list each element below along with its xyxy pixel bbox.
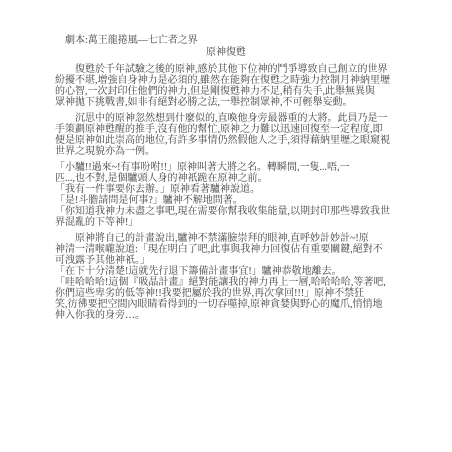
text-line: 眾神拋下挑戰書,如非有絕對必勝之法,一舉控制眾神,不可輕舉妄動。	[55, 97, 397, 108]
text-line: 伸入你我的身旁…。	[55, 310, 397, 321]
text-line: 的心智,一次封印住他們的神力,但是剛復甦神力不足,稍有失手,此舉無異與	[55, 86, 397, 97]
text-line: 原神將自己的計畫說出,驢神不禁滿臉崇拜的眼神,直呼妙計妙計~!原	[55, 233, 397, 244]
text-line: 「我有一件事要你去辦。」原神看著驢神說道。	[55, 184, 397, 195]
text-line: 世界之現貌亦為一例。	[55, 146, 397, 157]
text-line: 沉思中的原神忽然想到什麼似的,直喚他身旁最器重的大將。此員乃是一	[55, 113, 397, 124]
text-line: 可洩露予其他神祇。」	[55, 255, 397, 266]
document-heading: 原神復甦	[55, 47, 397, 59]
text-line: 手策劃原神甦醒的推手,沒有他的幫忙,原神之力難以迅速回復至一定程度,即	[55, 124, 397, 135]
text-line: 「在下十分清楚!這就先行退下籌備計畫事宜!」驢神恭敬地離去。	[55, 266, 397, 277]
text-line: 「哇哈哈哈!這個『吸晶計畫』絕對能讓我的神力再上一層,哈哈哈哈,等著吧,	[55, 277, 397, 288]
text-line: 「小驢!!過來~!有事吩咐!!」原神叫著大將之名。轉瞬間,一隻...唔,一	[55, 162, 397, 173]
document-title: 劇本:萬王龍捲風—七亡者之界	[55, 35, 397, 47]
text-line: 紛擾不堪,增強自身神力是必須的,雖然在能夠在復甦之時強力控制月神納里壢	[55, 75, 397, 86]
text-line: 神清一清喉嚨說道:「現在明白了吧,此事與我神力回復佔有重要關鍵,絕對不	[55, 244, 397, 255]
text-line: 你們這些卑劣的低等神!!我要把屬於我的世界,再次拿回!!!」原神不禁狂	[55, 288, 397, 299]
text-line: 匹...,也不對,是個驢頭人身的神祇跪在原神之前。	[55, 173, 397, 184]
text-line: 復甦於千年試驗之後的原神,感於其他下位神的鬥爭導致自己創立的世界	[55, 64, 397, 75]
text-line: 「你知道我神力未盡之事吧,現在需要你幫我收集能量,以期封印那些導致我世	[55, 206, 397, 217]
document-page: 劇本:萬王龍捲風—七亡者之界 原神復甦 復甦於千年試驗之後的原神,感於其他下位神…	[0, 0, 452, 452]
text-line: 笑,彷彿要把空間內眼睛看得到的一切吞噬掉,原神貪婪與野心的魔爪,悄悄地	[55, 299, 397, 310]
text-line: 界混亂的下等神!」	[55, 217, 397, 228]
document-text-block: 劇本:萬王龍捲風—七亡者之界 原神復甦 復甦於千年試驗之後的原神,感於其他下位神…	[55, 35, 397, 321]
document-body: 復甦於千年試驗之後的原神,感於其他下位神的鬥爭導致自己創立的世界紛擾不堪,增強自…	[55, 64, 397, 321]
text-line: 「是!斗膽請問是何事?」驢神不解地問著。	[55, 195, 397, 206]
text-line: 便是原神如此崇高的地位,有許多事情仍然假他人之手,須得藉納里壢之眼窺視	[55, 135, 397, 146]
